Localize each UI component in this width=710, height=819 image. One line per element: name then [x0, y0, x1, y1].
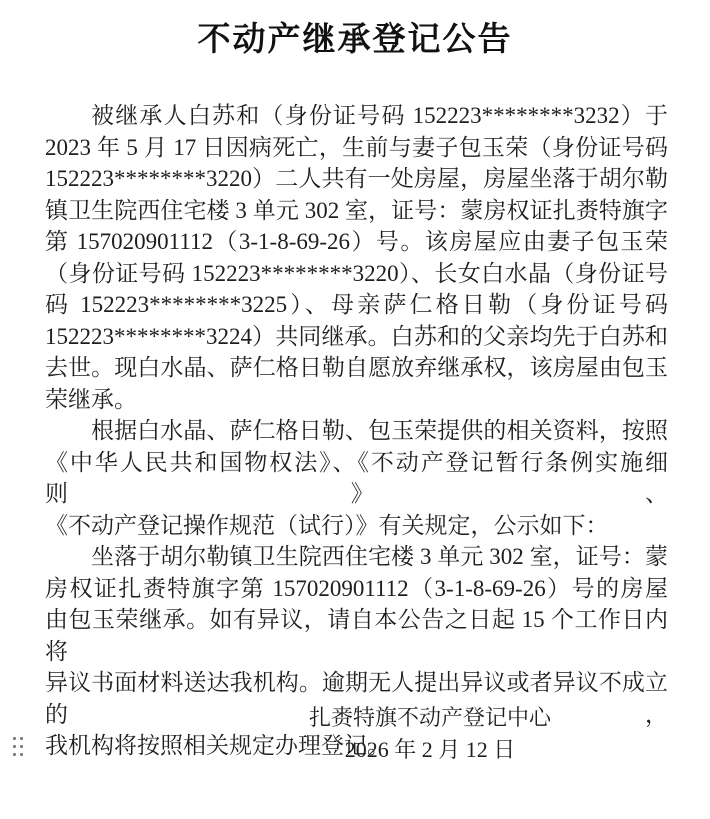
- signature-date: 2026 年 2 月 12 日: [245, 734, 615, 766]
- document-line: 去世。现白水晶、萨仁格日勒自愿放弃继承权，该房屋由包玉: [45, 352, 668, 384]
- document-line: 《不动产登记操作规范（试行）》有关规定，公示如下：: [45, 510, 668, 542]
- paragraph: 根据白水晶、萨仁格日勒、包玉荣提供的相关资料，按照《中华人民共和国物权法》、《不…: [45, 415, 668, 541]
- document-line: 镇卫生院西住宅楼 3 单元 302 室，证号：蒙房权证扎赉特旗字: [45, 195, 668, 227]
- document-line: 152223********3224）共同继承。白苏和的父亲均先于白苏和: [45, 321, 668, 353]
- document-line: 荣继承。: [45, 384, 668, 416]
- document-line: 152223********3220）二人共有一处房屋，房屋坐落于胡尔勒: [45, 163, 668, 195]
- document-line: 房权证扎赉特旗字第 157020901112（3-1-8-69-26）号的房屋: [45, 573, 668, 605]
- document-line: 2023 年 5 月 17 日因病死亡，生前与妻子包玉荣（身份证号码: [45, 132, 668, 164]
- document-line: 码 152223********3225）、母亲萨仁格日勒（身份证号码: [45, 289, 668, 321]
- document-line: 被继承人白苏和（身份证号码 152223********3232）于: [45, 100, 668, 132]
- document-line: 由包玉荣继承。如有异议，请自本公告之日起 15 个工作日内将: [45, 604, 668, 667]
- document-page: 不动产继承登记公告 被继承人白苏和（身份证号码 152223********32…: [0, 0, 710, 819]
- paragraph: 被继承人白苏和（身份证号码 152223********3232）于2023 年…: [45, 100, 668, 415]
- signature-org: 扎赉特旗不动产登记中心: [245, 702, 615, 734]
- document-title: 不动产继承登记公告: [0, 18, 710, 62]
- document-body: 被继承人白苏和（身份证号码 152223********3232）于2023 年…: [45, 100, 668, 762]
- drag-handle-icon[interactable]: [13, 737, 24, 759]
- document-line: 坐落于胡尔勒镇卫生院西住宅楼 3 单元 302 室，证号：蒙: [45, 541, 668, 573]
- document-line: 第 157020901112（3-1-8-69-26）号。该房屋应由妻子包玉荣: [45, 226, 668, 258]
- document-line: 根据白水晶、萨仁格日勒、包玉荣提供的相关资料，按照: [45, 415, 668, 447]
- document-line: （身份证号码 152223********3220）、长女白水晶（身份证号: [45, 258, 668, 290]
- signature-block: 扎赉特旗不动产登记中心 2026 年 2 月 12 日: [245, 702, 615, 766]
- document-line: 《中华人民共和国物权法》、《不动产登记暂行条例实施细则》、: [45, 447, 668, 510]
